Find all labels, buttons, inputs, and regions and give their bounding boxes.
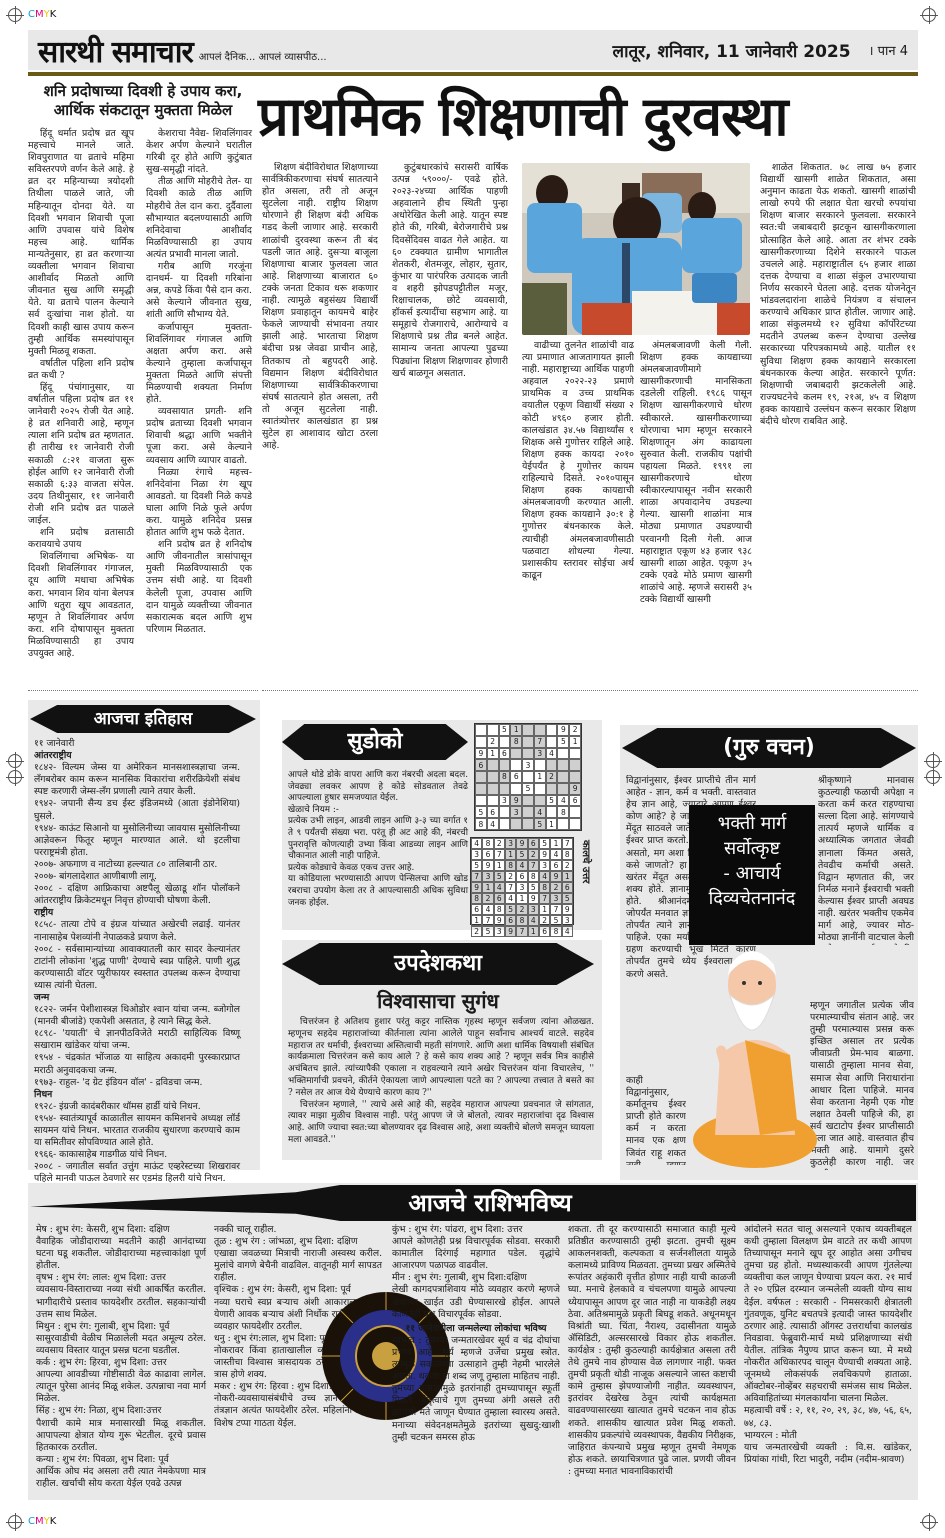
sudoku-cell[interactable]: 9: [510, 795, 522, 807]
sudoku-cell[interactable]: [475, 724, 487, 736]
sudoku-cell: 3: [494, 926, 505, 937]
sudoku-cell[interactable]: [546, 759, 558, 771]
sudoku-cell: 1: [482, 882, 493, 893]
sudoku-cell: 1: [505, 849, 516, 860]
sudoku-cell: 9: [494, 915, 505, 926]
story-subtitle: विश्वासाचा सुगंध: [282, 987, 594, 1014]
sudoku-cell[interactable]: [557, 818, 569, 830]
sudoku-cell: 8: [550, 926, 561, 937]
sudoku-cell: 6: [505, 915, 516, 926]
sudoku-cell: 5: [550, 915, 561, 926]
sudoku-cell: 9: [505, 926, 516, 937]
sudoku-cell: 6: [562, 882, 573, 893]
main-article-col2: कुटुंबधारकांचे सरासरी वार्षिक उत्पन्न ५९…: [392, 162, 508, 682]
sudoku-cell[interactable]: 5: [522, 783, 534, 795]
sudoku-cell: 8: [528, 871, 539, 882]
sudoku-cell[interactable]: [522, 771, 534, 783]
main-article-col3: वाढीच्या तुलनेत शाळांची वाढ त्या प्रमाणा…: [522, 340, 634, 682]
sudoku-cell: 3: [471, 849, 482, 860]
sudoku-cell: 7: [562, 838, 573, 849]
sudoku-cell: 9: [528, 893, 539, 904]
sudoku-cell: 6: [471, 904, 482, 915]
sudoku-cell[interactable]: [510, 759, 522, 771]
sudoku-cell: 3: [550, 893, 561, 904]
sudoku-cell[interactable]: 8: [475, 818, 487, 830]
sudoku-cell: 8: [482, 838, 493, 849]
sudoku-cell[interactable]: 3: [499, 795, 511, 807]
sudoku-cell: 9: [471, 882, 482, 893]
sudoku-cell[interactable]: [546, 806, 558, 818]
newspaper-tagline: आपलं दैनिक... आपलं व्यासपीठ...: [199, 49, 327, 63]
sudoku-cell[interactable]: [499, 818, 511, 830]
sudoku-cell: 4: [494, 882, 505, 893]
divider: [262, 690, 918, 691]
sudoku-answer-label: कालचे उत्तर: [578, 840, 592, 883]
sudoku-cell[interactable]: 3: [510, 806, 522, 818]
sudoku-cell[interactable]: 4: [534, 806, 546, 818]
sudoku-cell: 6: [528, 838, 539, 849]
sudoku-cell[interactable]: [557, 748, 569, 760]
sudoku-cell[interactable]: 6: [569, 795, 581, 807]
sudoku-cell: 9: [562, 904, 573, 915]
sudoku-cell: 4: [516, 860, 527, 871]
sudoku-cell: 1: [494, 860, 505, 871]
sudoku-cell: 7: [505, 882, 516, 893]
cmyk-label: CMYK: [28, 9, 56, 20]
sudoku-cell: 6: [494, 893, 505, 904]
sudoku-cell: 2: [550, 882, 561, 893]
sudoku-cell[interactable]: [569, 748, 581, 760]
horoscope-col4: शकता. ती दूर करण्यासाठी समाजात काही मूल्…: [568, 1224, 736, 1494]
sudoku-cell: 5: [482, 926, 493, 937]
sudoku-cell[interactable]: [499, 736, 511, 748]
sudoku-cell: 6: [550, 860, 561, 871]
sudoku-cell: 2: [539, 915, 550, 926]
sudoku-cell: 6: [539, 926, 550, 937]
sudoku-cell: 1: [562, 871, 573, 882]
sudoku-cell: 8: [516, 915, 527, 926]
horoscope-title: आजचे राशिभविष्य: [360, 1186, 620, 1220]
divider: [28, 690, 258, 691]
sudoku-cell[interactable]: [475, 771, 487, 783]
sudoku-cell: 8: [562, 849, 573, 860]
guru-text-top-right: श्रीकृष्णाने मानवास कुठल्याही फळाची अपेक…: [818, 775, 914, 945]
sudoku-cell[interactable]: [522, 795, 534, 807]
sudoku-cell: 1: [550, 838, 561, 849]
sudoku-cell[interactable]: [557, 759, 569, 771]
sudoku-cell[interactable]: [522, 736, 534, 748]
registration-mark-icon: [926, 770, 940, 784]
guru-text-bottom-right: म्हणून जगातील प्रत्येक जीव परमात्म्याचीच…: [810, 1000, 914, 1170]
masthead-rule: [28, 72, 918, 76]
sudoku-cell: 3: [516, 882, 527, 893]
sudoku-cell[interactable]: [546, 783, 558, 795]
sudoku-cell: 9: [516, 838, 527, 849]
sudoku-cell[interactable]: 2: [569, 724, 581, 736]
sudoku-cell: 1: [516, 893, 527, 904]
sudoku-cell: 3: [562, 915, 573, 926]
registration-mark-icon: [8, 770, 22, 784]
sudoku-cell[interactable]: [522, 806, 534, 818]
sudoku-cell: 9: [482, 860, 493, 871]
sudoku-cell[interactable]: [534, 795, 546, 807]
sudoku-cell[interactable]: [510, 818, 522, 830]
sudoku-cell[interactable]: [522, 818, 534, 830]
registration-mark-icon: [922, 1515, 936, 1529]
sudoku-cell[interactable]: [487, 724, 499, 736]
sudoku-cell[interactable]: [534, 783, 546, 795]
dateline: लातूर, शनिवार, 11 जानेवारी 2025: [613, 39, 851, 62]
sudoku-cell[interactable]: 5: [499, 724, 511, 736]
sudoku-cell: 5: [516, 849, 527, 860]
students-image-icon: [522, 163, 750, 335]
sudoku-cell: 6: [516, 871, 527, 882]
sudoku-title-banner: सुडोको: [282, 724, 468, 760]
sudoku-cell[interactable]: 2: [546, 771, 558, 783]
sudoku-cell[interactable]: 6: [487, 806, 499, 818]
sudoku-cell: 9: [539, 849, 550, 860]
horoscope-col3: कुंभ : शुभ रंग: पांढरा, शुभ दिशा: उत्तरआ…: [392, 1224, 560, 1494]
sudoku-cell: 4: [471, 838, 482, 849]
sudoku-cell[interactable]: 9: [475, 748, 487, 760]
left-article-headline: शनि प्रदोषाच्या दिवशी हे उपाय करा, आर्थि…: [28, 82, 258, 120]
sudoku-cell[interactable]: 2: [487, 736, 499, 748]
sudoku-cell: 7: [482, 915, 493, 926]
main-article-col4: अंमलबजावणी केली गेली. शिक्षण हक्क कायद्य…: [640, 340, 752, 682]
sudoku-cell[interactable]: [487, 759, 499, 771]
sudoku-cell[interactable]: 1: [546, 818, 558, 830]
story-body: चित्तरंजन हे अतिशय हुशार परंतु कट्टर नास…: [288, 1017, 594, 1147]
left-article-body: हिंदू धर्मात प्रदोष व्रत खूप महत्त्वाचे …: [28, 128, 253, 660]
sudoku-cell[interactable]: [569, 806, 581, 818]
sudoku-cell[interactable]: 5: [557, 736, 569, 748]
sudoku-cell: 3: [528, 904, 539, 915]
sudoku-cell[interactable]: [487, 771, 499, 783]
sudoku-cell[interactable]: 1: [569, 736, 581, 748]
sudoku-cell[interactable]: [546, 724, 558, 736]
main-article-col1: शिक्षण बंदीविरोधात शिक्षणाच्या सार्वत्रि…: [262, 162, 378, 682]
sudoku-cell: 7: [528, 860, 539, 871]
sudoku-cell: 6: [482, 849, 493, 860]
sudoku-cell[interactable]: [534, 724, 546, 736]
sudoku-cell: 5: [528, 882, 539, 893]
sudoku-cell[interactable]: 1: [534, 771, 546, 783]
sudoku-cell[interactable]: 5: [546, 795, 558, 807]
sudoku-cell[interactable]: 5: [475, 806, 487, 818]
sudoku-cell: 8: [471, 893, 482, 904]
registration-mark-icon: [926, 754, 940, 768]
sudoku-cell: 2: [494, 838, 505, 849]
sudoku-cell: 8: [494, 904, 505, 915]
sudoku-cell: 5: [539, 838, 550, 849]
main-article-col5: शाळेत शिकतात. ७८ लाख ७५ हजार विद्यार्थी …: [760, 162, 916, 682]
registration-mark-icon: [8, 1515, 22, 1529]
newspaper-title: सारथी समाचार: [38, 30, 193, 71]
sudoku-cell[interactable]: 4: [487, 818, 499, 830]
sudoku-cell: 4: [505, 893, 516, 904]
guru-quote-box: भक्ती मार्ग सर्वोत्कृष्ट - आचार्य दिव्यच…: [689, 805, 815, 945]
sudoku-cell[interactable]: [487, 795, 499, 807]
sudoku-instructions: आपले थोडे डोके वापरा आणि करा नंबरची अदला…: [288, 770, 468, 909]
sudoku-cell: 8: [539, 882, 550, 893]
sudoku-cell: 2: [516, 904, 527, 915]
sudoku-cell: 3: [482, 871, 493, 882]
horoscope-col1: मेष : शुभ रंग: केसरी, शुभ दिशा: दक्षिणवै…: [36, 1224, 206, 1490]
sudoku-cell: 5: [562, 893, 573, 904]
sudoku-cell: 4: [562, 926, 573, 937]
story-title-banner: उपदेशकथा: [282, 943, 594, 985]
sudoku-cell: 7: [471, 871, 482, 882]
sudoku-cell: 7: [539, 893, 550, 904]
sudoku-cell: 1: [539, 904, 550, 915]
sudoku-cell: 1: [528, 926, 539, 937]
sudoku-cell: 2: [482, 893, 493, 904]
cmyk-label: CMYK: [28, 1516, 56, 1527]
sudoku-cell: 3: [505, 838, 516, 849]
sudoku-cell[interactable]: [557, 771, 569, 783]
sudoku-cell[interactable]: [522, 724, 534, 736]
sudoku-cell: 4: [482, 904, 493, 915]
left-article-col2: केशराचा नैवेद्य- शिवलिंगावर केशर अर्पण क…: [146, 128, 252, 660]
guru-text-bottom-left: काही विद्वानांनुसार, कर्मातूनच ईश्वर प्र…: [626, 1075, 686, 1165]
sudoku-cell: 9: [550, 871, 561, 882]
sudoku-cell: 2: [471, 926, 482, 937]
masthead: सारथी समाचार आपलं दैनिक... आपलं व्यासपीठ…: [28, 30, 918, 70]
sudoku-cell[interactable]: [522, 748, 534, 760]
sudoku-cell[interactable]: 1: [487, 748, 499, 760]
sage-illustration: [690, 945, 820, 1170]
sudoku-cell[interactable]: [569, 759, 581, 771]
registration-mark-icon: [8, 754, 22, 768]
sudoku-cell: 3: [539, 860, 550, 871]
sudoku-cell[interactable]: 9: [569, 783, 581, 795]
sudoku-cell[interactable]: 1: [510, 724, 522, 736]
sudoku-answer-grid: 4823965173671529485918473627352684919147…: [470, 837, 574, 925]
sudoku-cell: 7: [516, 926, 527, 937]
sudoku-cell[interactable]: 9: [557, 724, 569, 736]
sudoku-cell: 4: [550, 849, 561, 860]
guru-title-banner: (गुरु वचन): [622, 728, 916, 768]
sudoku-cell[interactable]: 8: [510, 736, 522, 748]
registration-mark-icon: [8, 8, 22, 22]
sudoku-cell: 5: [471, 860, 482, 871]
sudoku-puzzle-grid[interactable]: 519228751916346386125939546563488451: [474, 723, 582, 831]
sudoku-cell[interactable]: 6: [499, 748, 511, 760]
sudoku-cell: 7: [550, 904, 561, 915]
sudoku-cell[interactable]: 3: [522, 759, 534, 771]
sudoku-cell[interactable]: [475, 795, 487, 807]
sudoku-cell[interactable]: 7: [534, 736, 546, 748]
sudoku-cell[interactable]: 4: [546, 748, 558, 760]
sudoku-cell: 1: [471, 915, 482, 926]
sudoku-cell[interactable]: 8: [499, 771, 511, 783]
registration-mark-icon: [922, 8, 936, 22]
sudoku-cell: 5: [505, 904, 516, 915]
sudoku-cell[interactable]: 4: [557, 795, 569, 807]
page-number: । पान 4: [869, 41, 908, 59]
sudoku-cell[interactable]: 6: [510, 771, 522, 783]
meditating-sage-icon: [690, 945, 820, 1170]
sudoku-cell: 5: [494, 871, 505, 882]
classroom-photo: [522, 163, 750, 335]
sudoku-cell: 2: [505, 871, 516, 882]
sudoku-cell[interactable]: [499, 806, 511, 818]
sudoku-cell[interactable]: [499, 783, 511, 795]
history-title-banner: आजचा इतिहास: [30, 705, 256, 733]
sudoku-cell[interactable]: [475, 783, 487, 795]
sudoku-cell: 8: [505, 860, 516, 871]
main-article-headline: प्राथमिक शिक्षणाची दुरवस्था: [258, 86, 938, 148]
sudoku-cell: 2: [528, 849, 539, 860]
sudoku-cell[interactable]: [546, 736, 558, 748]
sudoku-cell[interactable]: 8: [557, 806, 569, 818]
sudoku-cell: 4: [528, 915, 539, 926]
sudoku-cell[interactable]: [510, 748, 522, 760]
sudoku-cell[interactable]: [569, 771, 581, 783]
sudoku-cell[interactable]: [475, 736, 487, 748]
sudoku-cell: 2: [562, 860, 573, 871]
horoscope-col5: आंदोलने सतत चालू असल्याने एकाच व्यक्तीबद…: [744, 1224, 912, 1494]
sudoku-cell[interactable]: 3: [534, 748, 546, 760]
sudoku-cell[interactable]: 5: [534, 818, 546, 830]
sudoku-cell[interactable]: [534, 759, 546, 771]
sudoku-cell[interactable]: 6: [475, 759, 487, 771]
sudoku-cell[interactable]: [569, 818, 581, 830]
sudoku-cell[interactable]: [510, 783, 522, 795]
sudoku-cell[interactable]: [557, 783, 569, 795]
left-article-col1: हिंदू धर्मात प्रदोष व्रत खूप महत्त्वाचे …: [28, 128, 134, 660]
sudoku-cell[interactable]: [499, 759, 511, 771]
sudoku-cell: 4: [539, 871, 550, 882]
sudoku-cell: 7: [494, 849, 505, 860]
sudoku-cell[interactable]: [487, 783, 499, 795]
history-list: ११ जानेवारी आंतरराष्ट्रीय १८४२- विल्यम ज…: [34, 738, 240, 1198]
